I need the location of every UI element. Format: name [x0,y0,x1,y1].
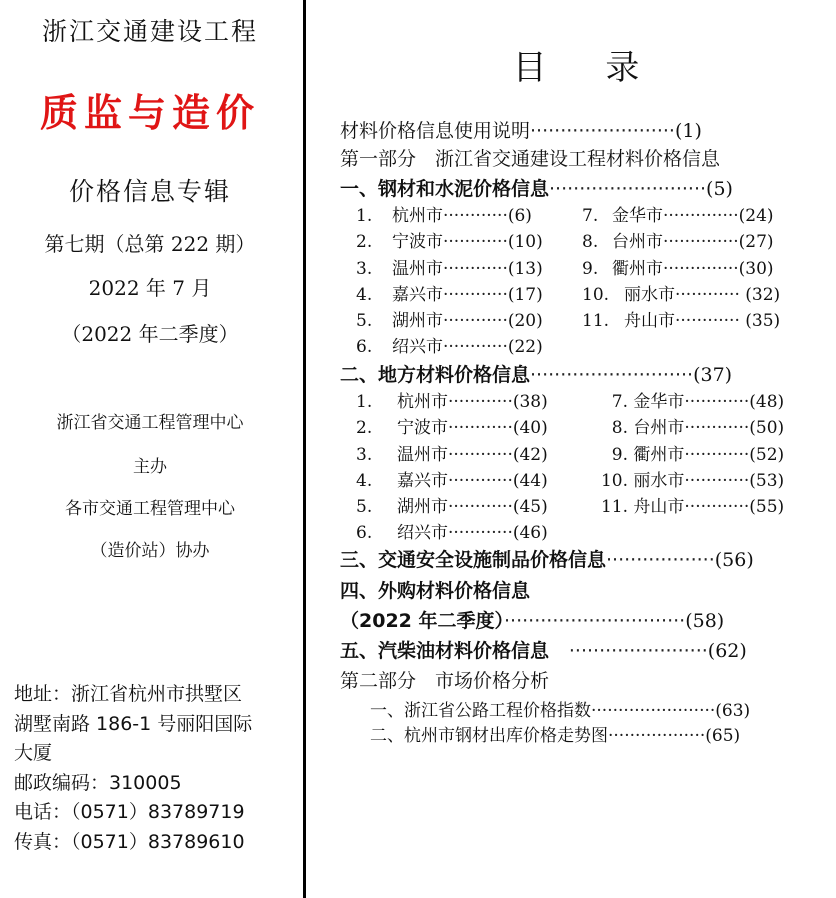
page-number: (63) [715,701,750,721]
toc-entry-label: （2022 年二季度） [340,610,504,632]
toc-city-item[interactable]: 11. 舟山市············(55) [588,494,784,520]
toc-part2-item[interactable]: 一、浙江省公路工程价格指数·······················(63) [370,696,750,721]
toc-entry-label: 材料价格信息使用说明 [340,120,530,142]
issue-date: 2022 年 7 月 [0,272,300,301]
page-number: (58) [685,610,724,632]
toc-part2-item[interactable]: 二、杭州市钢材出库价格走势图··················(65) [370,721,740,746]
toc-title: 目 录 [340,40,836,89]
toc-city-item[interactable]: 5.湖州市············(45) [356,494,548,520]
toc-city-item[interactable]: 9.衢州市··············(30) [582,256,780,282]
toc-entry-label: 二、杭州市钢材出库价格走势图 [370,726,608,746]
fax: 传真：（0571）83789610 [14,828,252,858]
leader-dots: ······················· [591,701,715,721]
address-line: 湖墅南路 186-1 号丽阳国际 [14,710,252,740]
toc-city-item[interactable]: 11.舟山市············ (35) [582,308,780,334]
leader-dots: ······················· [569,640,708,662]
toc-entry-intro[interactable]: 材料价格信息使用说明························(1) [340,116,702,143]
part-label: 第二部分 市场价格分析 [340,670,549,692]
toc-section2[interactable]: 二、地方材料价格信息···························(37… [340,360,732,387]
page-number: (62) [708,640,747,662]
issue-number: 第七期（总第 222 期） [0,228,300,257]
toc-city-item[interactable]: 1.杭州市············(38) [356,389,548,415]
co-organizer-role: （造价站）协办 [0,536,300,561]
toc-city-item[interactable]: 7. 金华市············(48) [588,389,784,415]
toc-city-item[interactable]: 3.温州市············(42) [356,442,548,468]
magazine-title: 质监与造价 [0,82,300,137]
toc-city-item[interactable]: 5.湖州市············(20) [356,308,543,334]
phone: 电话：（0571）83789719 [14,798,252,828]
section2-city-list-right: 7. 金华市············(48) 8. 台州市···········… [588,389,784,520]
section1-city-list-right: 7.金华市··············(24) 8.台州市···········… [582,203,780,334]
organizer-role: 主办 [0,452,300,477]
issue-season: （2022 年二季度） [0,318,300,347]
page-number: (5) [706,178,733,200]
toc-city-item[interactable]: 2.宁波市············(10) [356,229,543,255]
leader-dots: ··························· [530,364,693,386]
leader-dots: ························ [530,120,675,142]
publication-name: 浙江交通建设工程 [0,12,300,48]
toc-part1-heading: 第一部分 浙江省交通建设工程材料价格信息 [340,144,720,171]
toc-section3[interactable]: 三、交通安全设施制品价格信息··················(56) [340,545,754,572]
contact-block: 地址：浙江省杭州市拱墅区 湖墅南路 186-1 号丽阳国际 大厦 邮政编码：31… [14,680,252,857]
toc-city-item[interactable]: 10.丽水市············ (32) [582,282,780,308]
toc-entry-label: 二、地方材料价格信息 [340,364,530,386]
toc-section5[interactable]: 五、汽柴油材料价格信息 ·······················(62) [340,636,747,663]
toc-section4-cont[interactable]: （2022 年二季度）·····························… [340,606,724,633]
toc-section1[interactable]: 一、钢材和水泥价格信息··························(5) [340,174,733,201]
toc-city-item[interactable]: 9. 衢州市············(52) [588,442,784,468]
page-number: (65) [705,726,740,746]
toc-part2-heading: 第二部分 市场价格分析 [340,666,549,693]
toc-city-item[interactable]: 2.宁波市············(40) [356,415,548,441]
toc-city-item[interactable]: 1.杭州市············(6) [356,203,543,229]
postcode: 邮政编码：310005 [14,769,252,799]
toc-entry-label: 五、汽柴油材料价格信息 [340,640,549,662]
toc-city-item[interactable]: 8. 台州市············(50) [588,415,784,441]
toc-city-item[interactable]: 8.台州市··············(27) [582,229,780,255]
toc-entry-label: 一、钢材和水泥价格信息 [340,178,549,200]
toc-city-item[interactable]: 7.金华市··············(24) [582,203,780,229]
leader-dots: ·························· [549,178,706,200]
leader-dots: ·················· [606,549,715,571]
toc-city-item[interactable]: 4.嘉兴市············(44) [356,468,548,494]
page-number: (1) [675,120,702,142]
toc-city-item[interactable]: 6.绍兴市············(22) [356,334,543,360]
section2-city-list-left: 1.杭州市············(38) 2.宁波市············(… [356,389,548,547]
address-line: 地址：浙江省杭州市拱墅区 [14,680,252,710]
toc-city-item[interactable]: 6.绍兴市············(46) [356,520,548,546]
leader-dots: ·················· [608,726,705,746]
toc-city-item[interactable]: 3.温州市············(13) [356,256,543,282]
organizer: 浙江省交通工程管理中心 [0,408,300,433]
page-number: (56) [715,549,754,571]
toc-entry-label: 三、交通安全设施制品价格信息 [340,549,606,571]
toc-entry-label: 一、浙江省公路工程价格指数 [370,701,591,721]
co-organizer: 各市交通工程管理中心 [0,494,300,519]
section1-city-list-left: 1.杭州市············(6) 2.宁波市············(1… [356,203,543,361]
special-edition-title: 价格信息专辑 [0,172,300,208]
page-number: (37) [693,364,732,386]
part-label: 第一部分 浙江省交通建设工程材料价格信息 [340,148,720,170]
vertical-divider [303,0,306,898]
toc-entry-label: 四、外购材料价格信息 [340,580,530,602]
toc-city-item[interactable]: 10. 丽水市············(53) [588,468,784,494]
toc-city-item[interactable]: 4.嘉兴市············(17) [356,282,543,308]
address-line: 大厦 [14,739,252,769]
toc-section4[interactable]: 四、外购材料价格信息 [340,576,530,603]
leader-dots: ······························ [504,610,685,632]
